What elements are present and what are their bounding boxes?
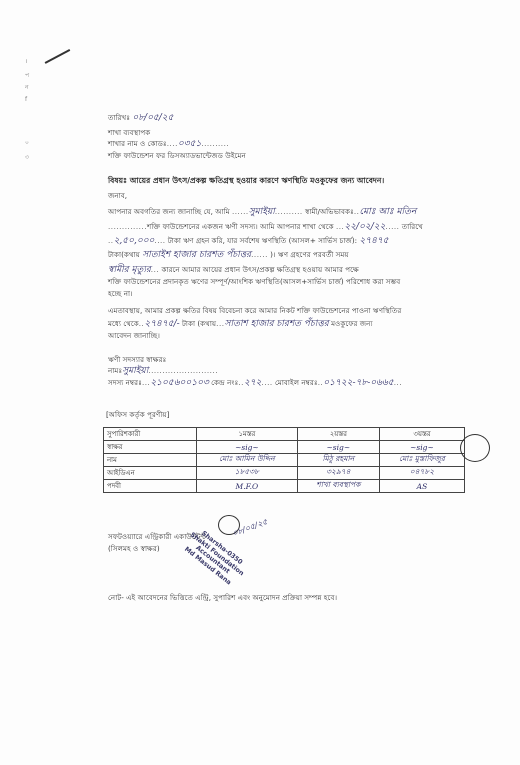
id-cell: ০৪৭৮২: [379, 467, 464, 480]
row-label: আইডিএন: [104, 467, 197, 480]
subject-line: বিষয়ঃ আয়ের প্রধান উৎস/প্রকল্প ক্ষতিগ্র…: [108, 175, 384, 188]
branch-code: ০৩৫১: [178, 139, 201, 149]
signature-cell: ~sig~: [297, 441, 379, 454]
designation-cell: M.F.O: [197, 480, 298, 493]
branch-line: শাখার নাম ও কোডঃ....০৩৫১..........: [108, 139, 229, 149]
outstanding-words-handwritten: সাতাইশ হাজার চারশত পঁচাত্তর: [142, 250, 251, 260]
salutation: জনাব,: [108, 191, 127, 200]
body-line-6: শক্তি ফাউন্ডেশনের প্রদানকৃত ঋণের সম্পূর্…: [108, 277, 400, 286]
signature-cell: ~sig~: [197, 441, 298, 454]
header-cell: ২য়স্তর: [297, 428, 379, 441]
office-section-title: [অফিস কর্তৃক পূরণীয়]: [106, 410, 169, 419]
text: শক্তি ফাউন্ডেশনের একজন ঋণী সদস্য। আমি আপ…: [147, 222, 334, 231]
margin-mark: ০: [25, 137, 29, 148]
header-cell: ৩য়স্তর: [379, 428, 464, 441]
center-number-value: ২৭২: [244, 378, 262, 388]
body-line-3: ..২,৫০,০০০.... টাকা ঋণ গ্রহন করি, যার সর…: [108, 236, 389, 246]
table-row: আইডিএন ১৮৫৩৮ ৩২৯৭৪ ০৪৭৮২: [104, 467, 465, 480]
mobile-number-value: ০১৭২২-৭৮-০৬৬৫: [323, 378, 393, 388]
header-cell: সুপারিশকারী: [104, 428, 197, 441]
header-cell: ১মস্তর: [197, 428, 298, 441]
body-line-10: আবেদন জানাচ্ছি।: [108, 331, 160, 340]
row-label: পদবী: [104, 480, 197, 493]
signature-loop: [460, 434, 490, 462]
text: মওকুফের জন্য: [331, 319, 373, 328]
body-line-5: স্বামীর মৃত্যুর... কারনে আমার আয়ের প্রধ…: [108, 265, 359, 275]
pen-stroke: [45, 49, 70, 64]
guardian-name-handwritten: মোঃ আঃ মতিন: [359, 207, 416, 217]
member-info-line: সদস্য নম্বরঃ...২১০৫৬০০১০৩ কেন্দ্র নংঃ..২…: [108, 378, 402, 388]
margin-mark: ।: [25, 57, 27, 65]
text: টাকা(কথায়: [108, 250, 140, 259]
body-line-1: আপনার অবগতির জন্য জানাচ্ছি যে, আমি .....…: [108, 207, 416, 217]
text: টাকা ঋণ গ্রহন করি, যার সর্বশেষ ঋণস্থিতি …: [168, 236, 357, 245]
body-line-4: টাকা(কথায় সাতাইশ হাজার চারশত পঁচাত্তর..…: [108, 250, 349, 260]
designation-cell: শাখা ব্যবস্থাপক: [297, 480, 379, 493]
body-line-9: মধ্যে থেকে..২৭৪৭৫/- টাকা (কথায়...সাতাশ …: [108, 319, 373, 329]
member-name-handwritten: সুমাইয়া: [249, 207, 275, 217]
table-row: নাম মোঃ আমিন উদ্দিন মিঠু রহমান মোঃ মুস্ত…: [104, 454, 465, 467]
member-number-value: ২১০৫৬০০১০৩: [150, 378, 208, 388]
designation-cell: AS: [379, 480, 464, 493]
date-line: তারিখঃ ০৮/০৫/২৫: [108, 113, 173, 123]
loan-date-handwritten: ২২/০২/২২: [344, 222, 385, 232]
signature-cell: ~sig~: [379, 441, 464, 454]
member-name-line: নামঃসুমাইয়া.........................: [108, 366, 218, 376]
margin-mark: ন: [25, 82, 29, 93]
text: মোবাইল নম্বরঃ: [275, 378, 318, 387]
reason-handwritten: স্বামীর মৃত্যুর: [108, 265, 151, 275]
text: )। ঋণ গ্রহণের পরবর্তী সময়: [270, 250, 348, 259]
member-signature-label: ঋণী সদস্যার স্বাক্ষরঃ: [108, 355, 166, 364]
table-row: পদবী M.F.O শাখা ব্যবস্থাপক AS: [104, 480, 465, 493]
org-line: শক্তি ফাউন্ডেশন ফর ডিসঅ্যাডভান্টেজড উইমে…: [108, 151, 246, 160]
margin-mark: f: [25, 96, 27, 103]
body-line-8: এমতাবস্থায়, আমার প্রকল্প ক্ষতির বিষয় ব…: [108, 306, 401, 315]
recommendation-table: সুপারিশকারী ১মস্তর ২য়স্তর ৩য়স্তর স্বাক…: [103, 427, 465, 493]
row-label: নাম: [104, 454, 197, 467]
name-cell: মিঠু রহমান: [297, 454, 379, 467]
text: টাকা (কথায়: [182, 319, 216, 328]
name-cell: মোঃ মুস্তাফিজুর: [379, 454, 464, 467]
table-header-row: সুপারিশকারী ১মস্তর ২য়স্তর ৩য়স্তর: [104, 428, 465, 441]
body-line-7: হচ্ছে না।: [108, 289, 133, 298]
waive-words-handwritten: সাতাশ হাজার চারশত পঁচাত্তর: [225, 319, 329, 329]
date-label: তারিখঃ: [108, 113, 130, 122]
id-cell: ১৮৫৩৮: [197, 467, 298, 480]
text: তারিখে: [402, 222, 423, 231]
addressee: শাখা ব্যবস্থাপক: [108, 128, 150, 137]
application-page: । প ন f ০ ৩ তারিখঃ ০৮/০৫/২৫ শাখা ব্যবস্থ…: [0, 0, 520, 765]
date-value: ০৮/০৫/২৫: [132, 113, 173, 123]
branch-label: শাখার নাম ও কোডঃ: [108, 139, 167, 148]
table-row: স্বাক্ষর ~sig~ ~sig~ ~sig~: [104, 441, 465, 454]
text: আপনার অবগতির জন্য জানাচ্ছি যে, আমি: [108, 207, 230, 216]
text: সদস্য নম্বরঃ: [108, 378, 142, 387]
row-label: স্বাক্ষর: [104, 441, 197, 454]
body-line-2: ..............শক্তি ফাউন্ডেশনের একজন ঋণী…: [108, 222, 423, 232]
margin-mark: প: [25, 70, 29, 81]
footer-note: নোট- এই আবেদনের ভিত্তিতে এন্ট্রি, সুপারি…: [108, 593, 337, 602]
accountant-seal-label: (সিলমহ ও স্বাক্ষর): [108, 544, 160, 553]
member-name-value: সুমাইয়া: [122, 366, 148, 376]
outstanding-handwritten: ২৭৪৭৫: [359, 236, 388, 246]
text: কারনে আমার আয়ের প্রধান উৎস/প্রকল্প ক্ষত…: [161, 265, 358, 274]
text: মধ্যে থেকে: [108, 319, 139, 328]
text: নামঃ: [108, 366, 122, 375]
margin-mark: ৩: [25, 152, 29, 163]
waive-amount-handwritten: ২৭৪৭৫/-: [144, 319, 179, 329]
text: কেন্দ্র নংঃ: [211, 378, 238, 387]
id-cell: ৩২৯৭৪: [297, 467, 379, 480]
loan-amount-handwritten: ২,৫০,০০০: [114, 236, 155, 246]
name-cell: মোঃ আমিন উদ্দিন: [197, 454, 298, 467]
text: স্বামী/অভিভাবকঃ: [305, 207, 354, 216]
